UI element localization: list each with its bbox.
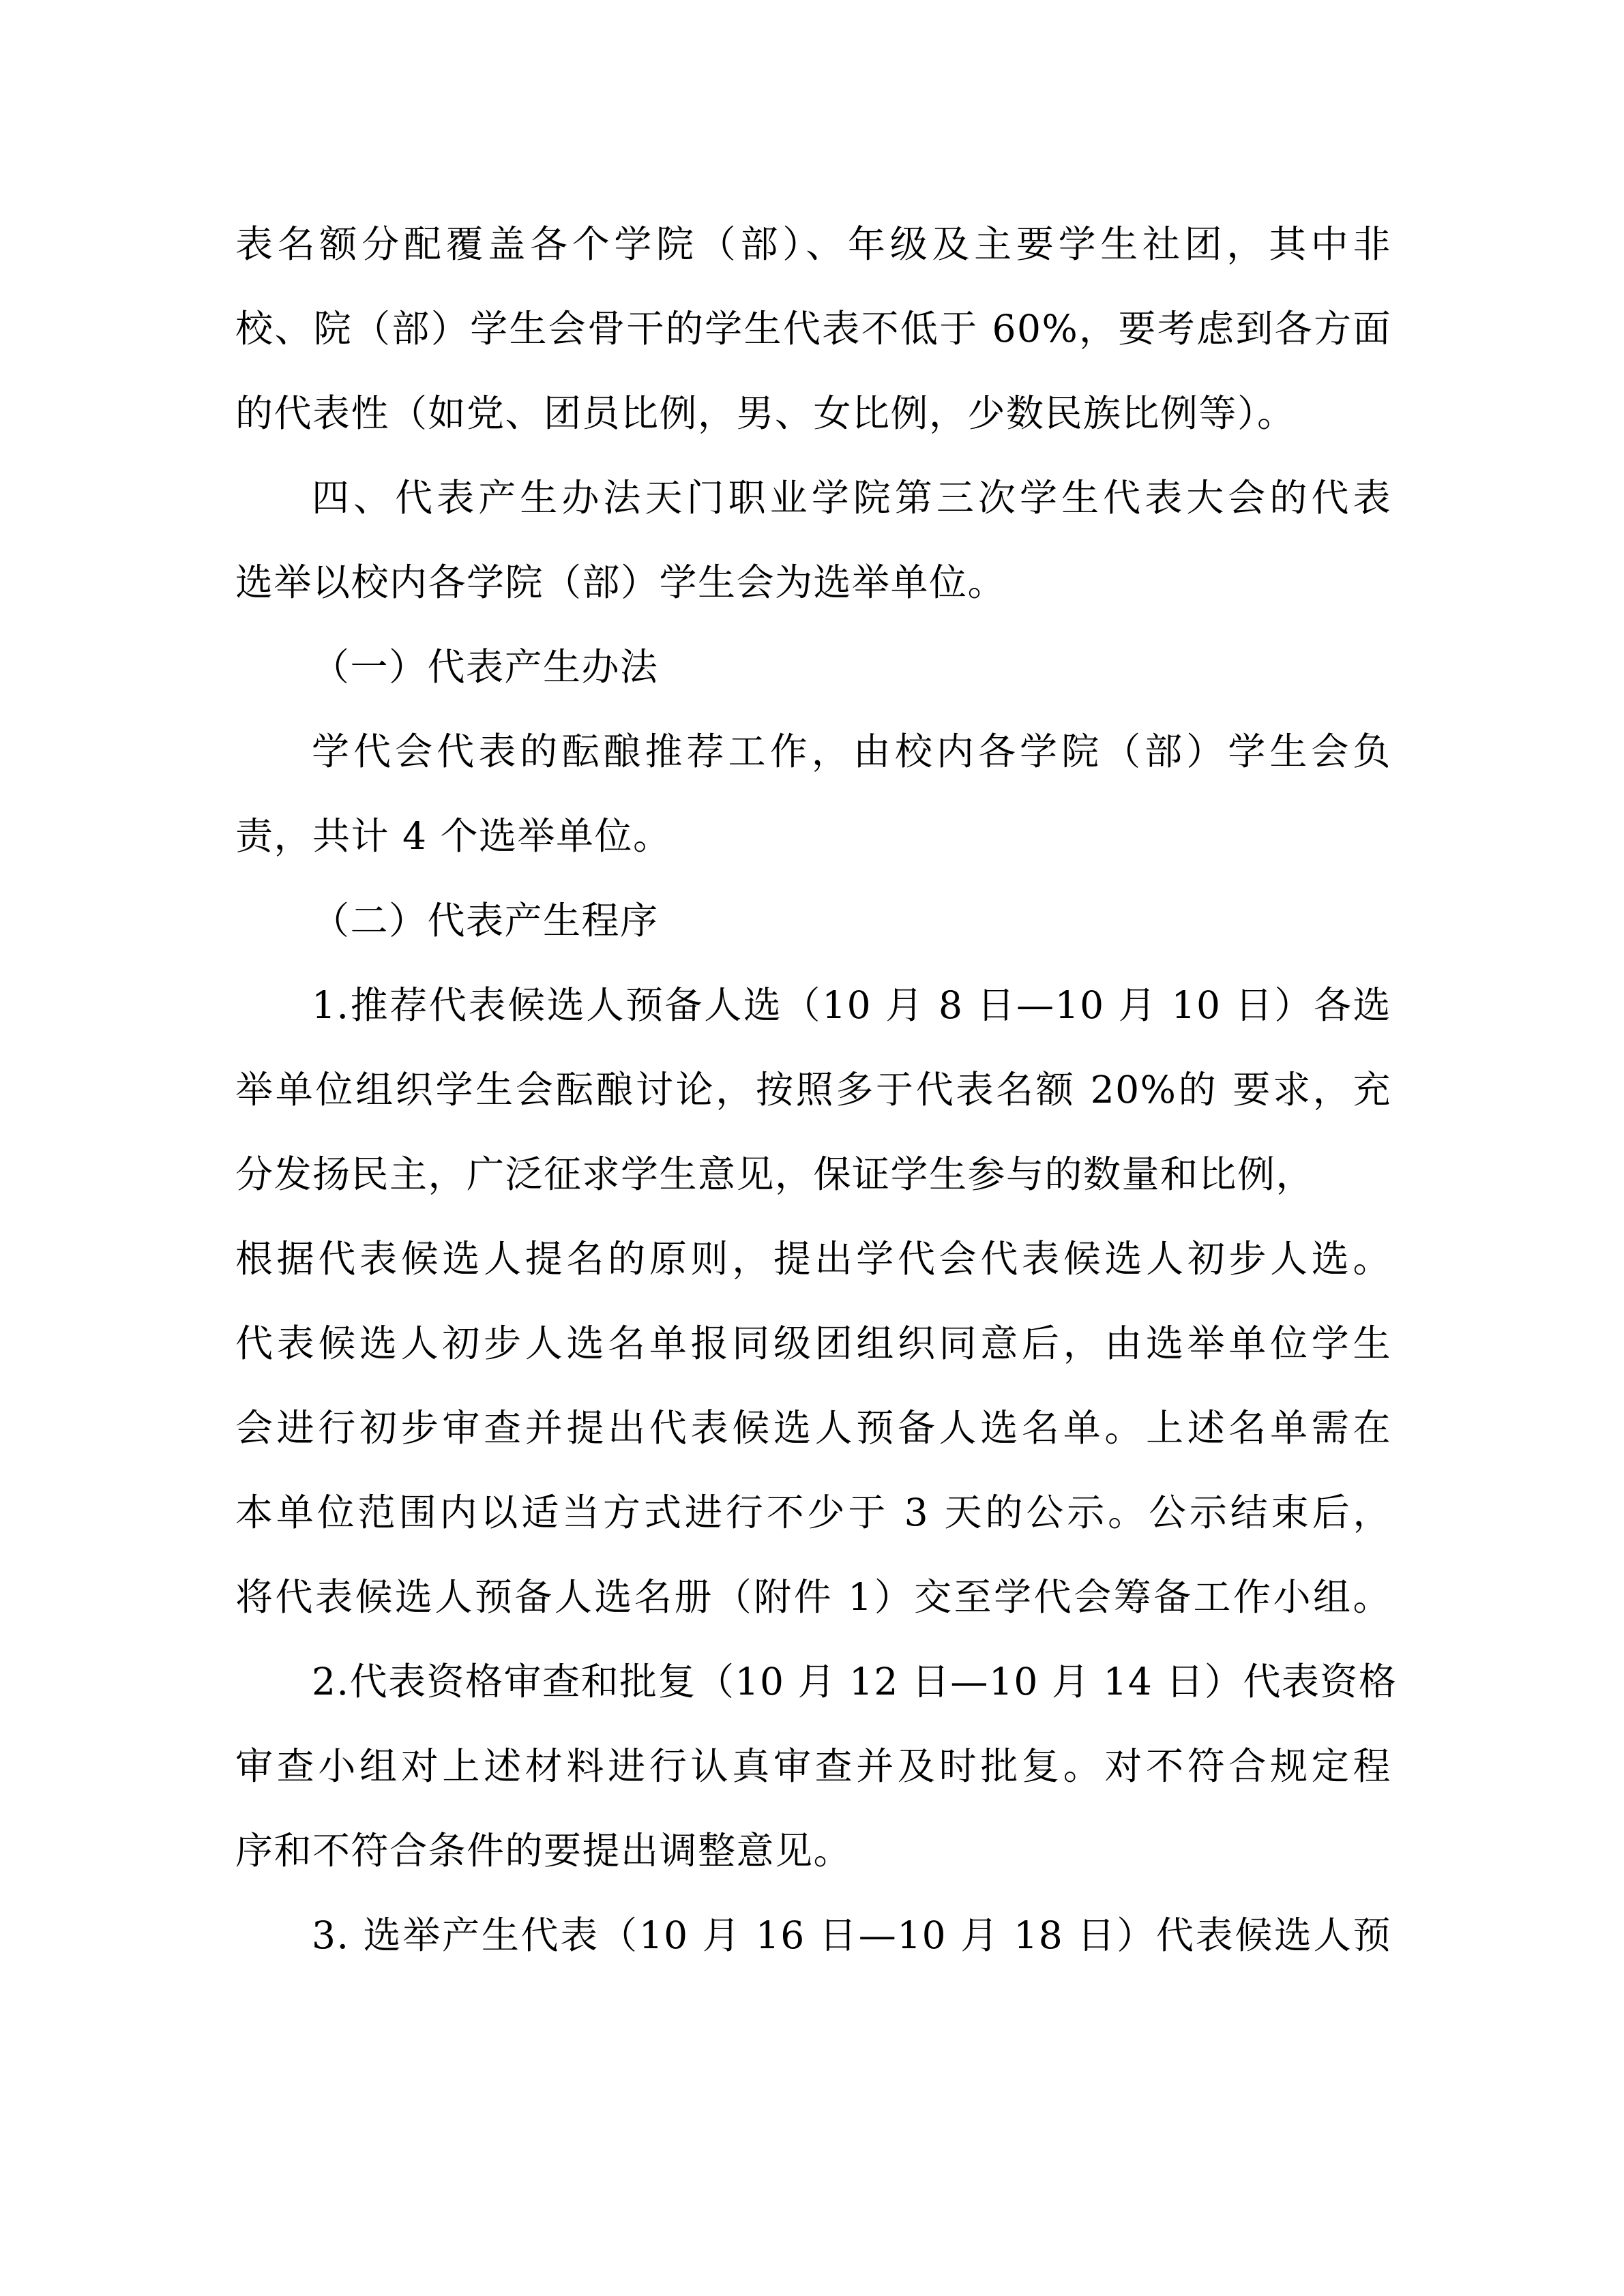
paragraph-line: 会进行初步审查并提出代表候选人预备人选名单。上述名单需在 [235,1401,1391,1485]
subsection-heading: （二）代表产生程序 [312,893,659,978]
subsection-heading: （一）代表产生办法 [312,640,659,724]
paragraph-line: 将代表候选人预备人选名册（附件 1）交至学代会筹备工作小组。 [235,1570,1391,1654]
paragraph-line: 代表候选人初步人选名单报同级团组织同意后，由选举单位学生 [235,1316,1391,1401]
paragraph-line: 根据代表候选人提名的原则，提出学代会代表候选人初步人选。 [235,1232,1391,1316]
paragraph-line: 校、院（部）学生会骨干的学生代表不低于 60%，要考虑到各方面 [235,301,1391,386]
paragraph-line: 分发扬民主，广泛征求学生意见，保证学生参与的数量和比例， [235,1147,1314,1232]
list-item-1-line: 1.推荐代表候选人预备人选（10 月 8 日—10 月 10 日）各选 [312,978,1391,1062]
list-item-3-line: 3. 选举产生代表（10 月 16 日—10 月 18 日）代表候选人预 [312,1908,1391,1993]
paragraph-line: 的代表性（如党、团员比例，男、女比例，少数民族比例等）。 [235,386,1296,471]
paragraph-line: 举单位组织学生会酝酿讨论，按照多于代表名额 20%的 要求，充 [235,1062,1391,1147]
paragraph-line: 表名额分配覆盖各个学院（部）、年级及主要学生社团，其中非 [235,217,1391,301]
paragraph-line: 序和不符合条件的要提出调整意见。 [235,1823,852,1908]
paragraph-line: 学代会代表的酝酿推荐工作，由校内各学院（部）学生会负 [312,724,1391,809]
paragraph-line: 本单位范围内以适当方式进行不少于 3 天的公示。公示结束后， [235,1485,1391,1570]
paragraph-line: 选举以校内各学院（部）学生会为选举单位。 [235,555,1006,640]
list-item-2-line: 2.代表资格审查和批复（10 月 12 日—10 月 14 日）代表资格 [312,1654,1391,1739]
section-heading-line: 四、代表产生办法天门职业学院第三次学生代表大会的代表 [312,471,1391,555]
paragraph-line: 责，共计 4 个选举单位。 [235,809,671,893]
paragraph-line: 审查小组对上述材料进行认真审查并及时批复。对不符合规定程 [235,1739,1391,1823]
